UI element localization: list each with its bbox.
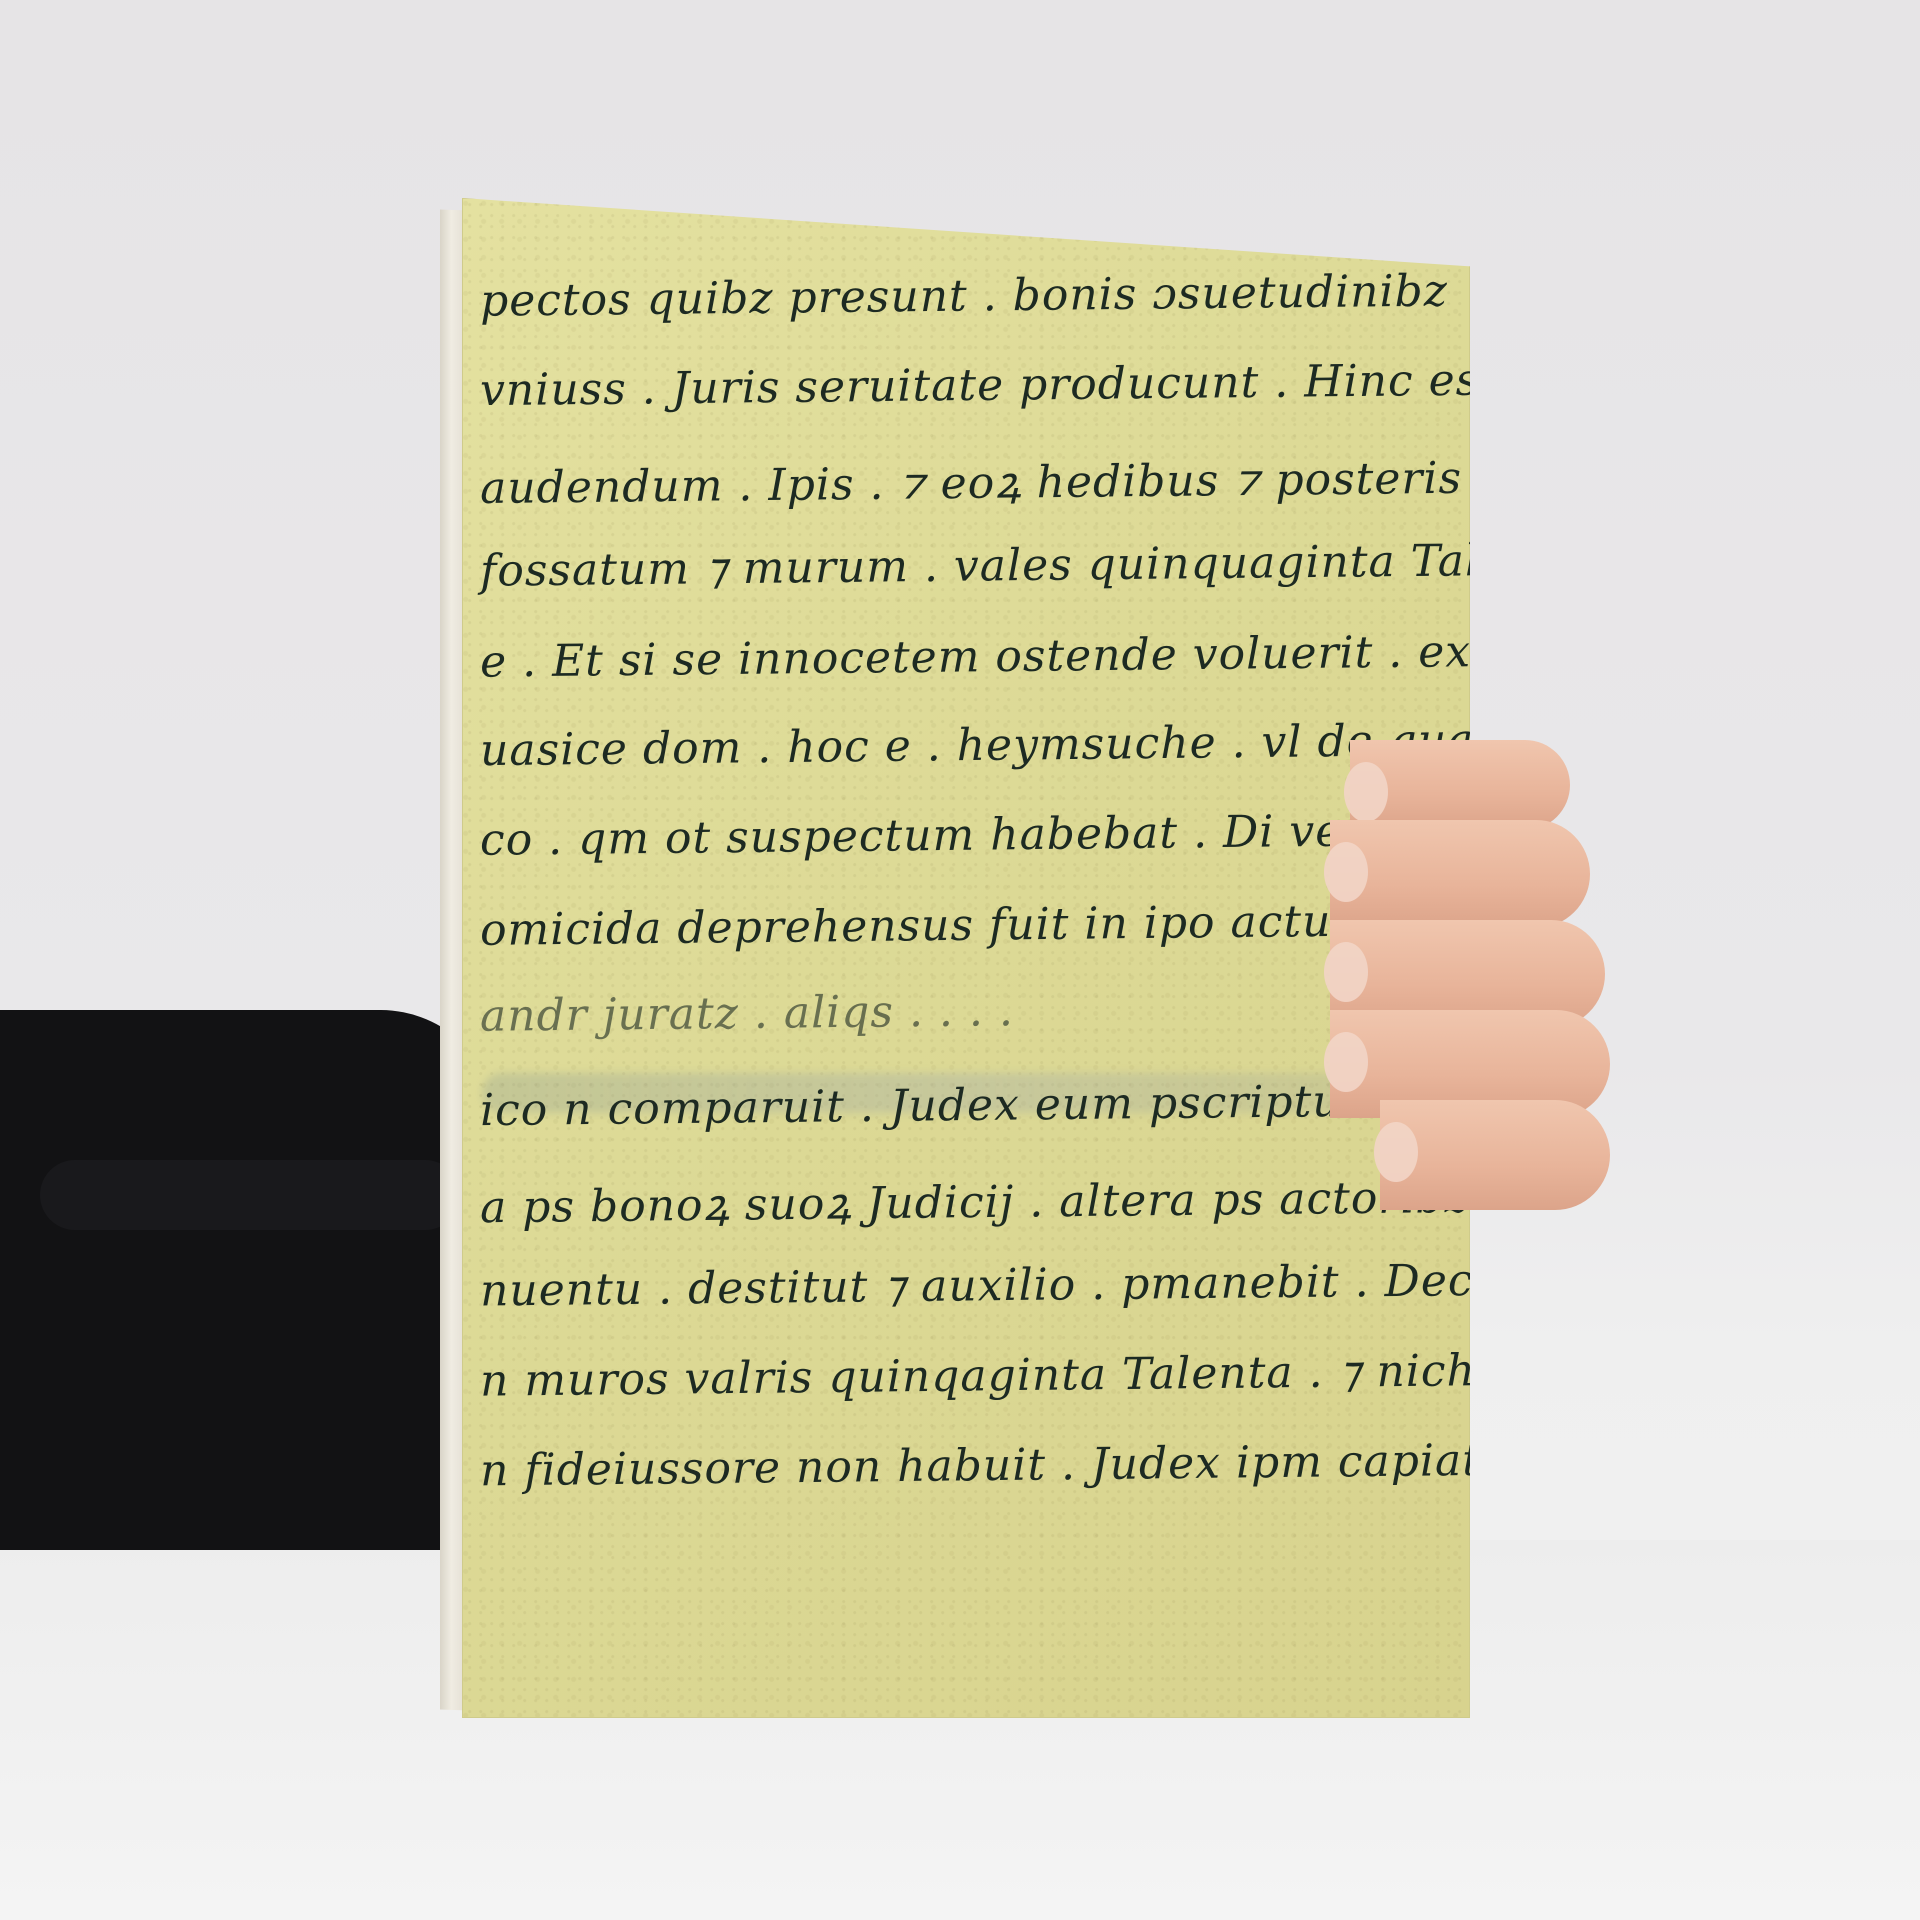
finger-index (1350, 740, 1570, 830)
manuscript-line-faded: andr juratz . aliqs . . . . (480, 985, 1014, 1042)
manuscript-line: fossatum ⁊ murum . vales quinquaginta Ta… (480, 530, 1470, 596)
manuscript-line: n muros valris quinqaginta Talenta . ⁊ n… (480, 1340, 1470, 1406)
finger-middle (1330, 820, 1590, 928)
manuscript-line: nuentu . destitut ⁊ auxilio . pmanebit .… (480, 1250, 1470, 1316)
manuscript-line: vniuss . Juris seruitate producunt . Hin… (480, 351, 1470, 416)
sleeve-fold (40, 1160, 460, 1230)
manuscript-line: audendum . Ipis . ⁊ eoꝝ hedibus ⁊ poster… (480, 440, 1470, 516)
manuscript-line: omicida deprehensus fuit in ipo actu . c… (480, 891, 1470, 956)
black-sleeve (0, 1010, 500, 1550)
book-cover: pectos quibz presunt . bonis ɔsuetudinib… (462, 198, 1470, 1718)
finger-pinky (1380, 1100, 1610, 1210)
manuscript-line: co . qm ot suspectum habebat . Di vero s… (480, 801, 1470, 866)
manuscript-line: a ps bonoꝝ suoꝝ Judicij . altera ps acto… (480, 1161, 1470, 1236)
manuscript-line: uasice dom . hoc e . heymsuche . vl de q… (480, 711, 1470, 776)
hand (1330, 740, 1630, 1220)
manuscript-line: pectos quibz presunt . bonis ɔsuetudinib… (480, 260, 1470, 326)
manuscript-line: e . Et si se innocetem ostende voluerit … (480, 619, 1470, 687)
manuscript-line: n fideiussore non habuit . Judex ipm cap… (480, 1431, 1470, 1497)
